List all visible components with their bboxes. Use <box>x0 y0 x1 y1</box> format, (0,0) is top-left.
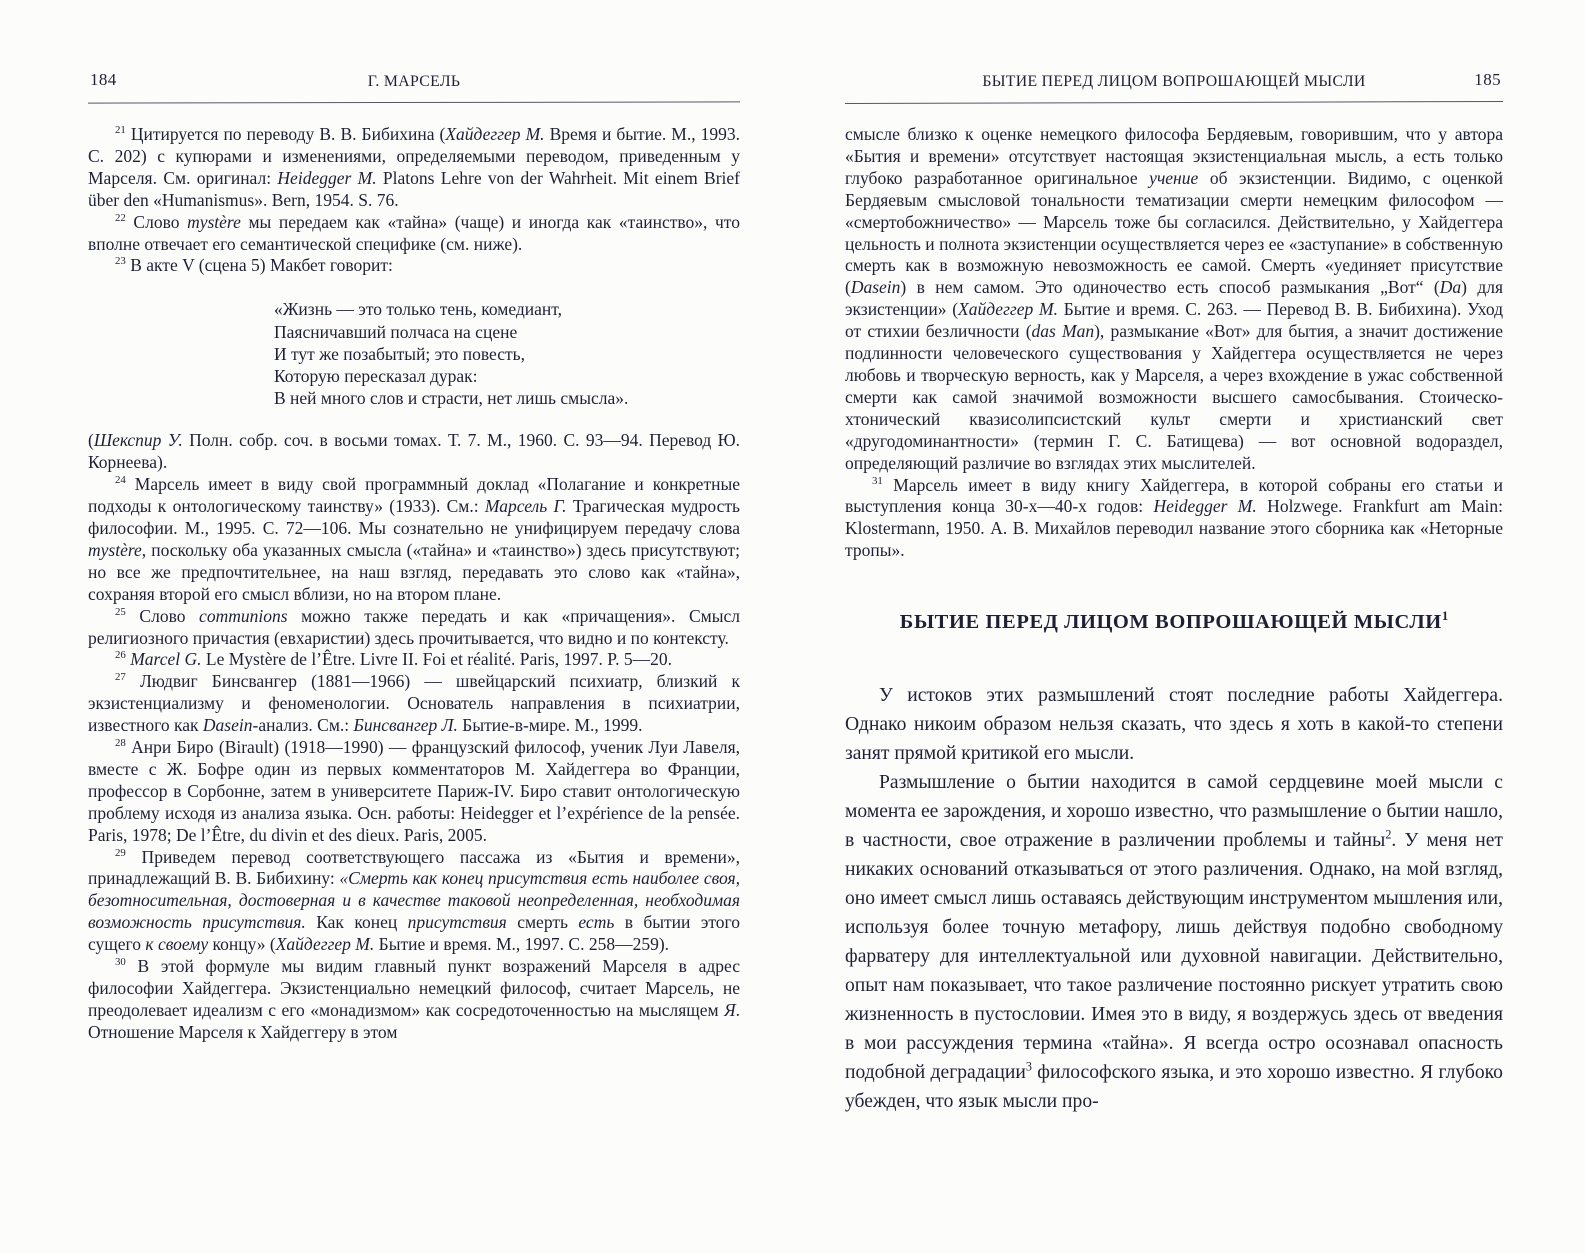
page-number: 184 <box>90 70 117 90</box>
header-rule <box>88 99 740 103</box>
footnote-paragraph: 27 Людвиг Бинсвангер (1881—1966) — швейц… <box>88 671 740 737</box>
verse-line: И тут же позабытый; это повесть, <box>274 343 740 365</box>
left-page: 184 Г. МАРСЕЛЬ 21 Цитируется по переводу… <box>88 70 740 1044</box>
right-page-main-text: У истоков этих размышлений стоят последн… <box>845 681 1503 1116</box>
left-page-text: 21 Цитируется по переводу В. В. Бибихина… <box>88 124 740 1044</box>
verse-line: Которую пересказал дурак: <box>274 365 740 387</box>
section-title: БЫТИЕ ПЕРЕД ЛИЦОМ ВОПРОШАЮЩЕЙ МЫСЛИ1 <box>845 611 1503 634</box>
body-paragraph: Размышление о бытии находится в самой се… <box>845 768 1503 1116</box>
footnote-ref: 28 <box>115 737 126 749</box>
footnote-paragraph: (Шекспир У. Полн. собр. соч. в восьми то… <box>88 430 740 474</box>
footnote-paragraph: 31 Марсель имеет в виду книгу Хайдеггера… <box>845 475 1503 563</box>
footnote-ref: 24 <box>115 474 126 486</box>
footnote-ref: 1 <box>1442 609 1448 623</box>
footnote-ref: 26 <box>115 650 126 662</box>
verse-quote: «Жизнь — это только тень, комедиант,Паяс… <box>274 298 740 409</box>
footnote-ref: 23 <box>115 256 126 268</box>
footnote-ref: 27 <box>115 672 126 684</box>
footnote-ref: 21 <box>115 124 126 136</box>
footnote-paragraph: 25 Слово communions можно также передать… <box>88 606 740 650</box>
running-head: Г. МАРСЕЛЬ <box>88 70 740 91</box>
right-page: БЫТИЕ ПЕРЕД ЛИЦОМ ВОПРОШАЮЩЕЙ МЫСЛИ 185 … <box>845 70 1503 1116</box>
verse-line: В ней много слов и страсти, нет лишь смы… <box>274 387 740 409</box>
body-paragraph: У истоков этих размышлений стоят последн… <box>845 681 1503 768</box>
footnote-paragraph: 30 В этой формуле мы видим главный пункт… <box>88 956 740 1044</box>
footnote-ref: 25 <box>115 606 126 618</box>
right-page-header: БЫТИЕ ПЕРЕД ЛИЦОМ ВОПРОШАЮЩЕЙ МЫСЛИ 185 <box>845 70 1503 96</box>
page-number: 185 <box>1474 70 1501 90</box>
footnote-paragraph: 23 В акте V (сцена 5) Макбет говорит: <box>88 255 740 277</box>
footnote-paragraph: 29 Приведем перевод соответствующего пас… <box>88 847 740 957</box>
footnote-paragraph: 22 Слово mystère мы передаем как «тайна»… <box>88 212 740 256</box>
left-page-header: 184 Г. МАРСЕЛЬ <box>88 70 740 96</box>
footnote-paragraph: 26 Marcel G. Le Mystère de l’Être. Livre… <box>88 649 740 671</box>
header-rule <box>845 99 1503 104</box>
footnote-paragraph: 24 Марсель имеет в виду свой программный… <box>88 474 740 605</box>
verse-line: Паясничавший полчаса на сцене <box>274 321 740 343</box>
footnote-ref: 30 <box>115 956 126 968</box>
book-spread: 184 Г. МАРСЕЛЬ 21 Цитируется по переводу… <box>0 0 1585 1253</box>
footnote-ref: 22 <box>115 212 126 224</box>
footnote-ref: 31 <box>872 475 883 487</box>
right-page-notes-text: смысле близко к оценке немецкого философ… <box>845 124 1503 562</box>
footnote-paragraph: 28 Анри Биро (Birault) (1918—1990) — фра… <box>88 737 740 847</box>
running-head: БЫТИЕ ПЕРЕД ЛИЦОМ ВОПРОШАЮЩЕЙ МЫСЛИ <box>845 70 1503 91</box>
footnote-paragraph: 21 Цитируется по переводу В. В. Бибихина… <box>88 124 740 212</box>
footnote-ref: 29 <box>115 847 126 859</box>
footnote-paragraph: смысле близко к оценке немецкого философ… <box>845 124 1503 475</box>
verse-line: «Жизнь — это только тень, комедиант, <box>274 298 740 320</box>
